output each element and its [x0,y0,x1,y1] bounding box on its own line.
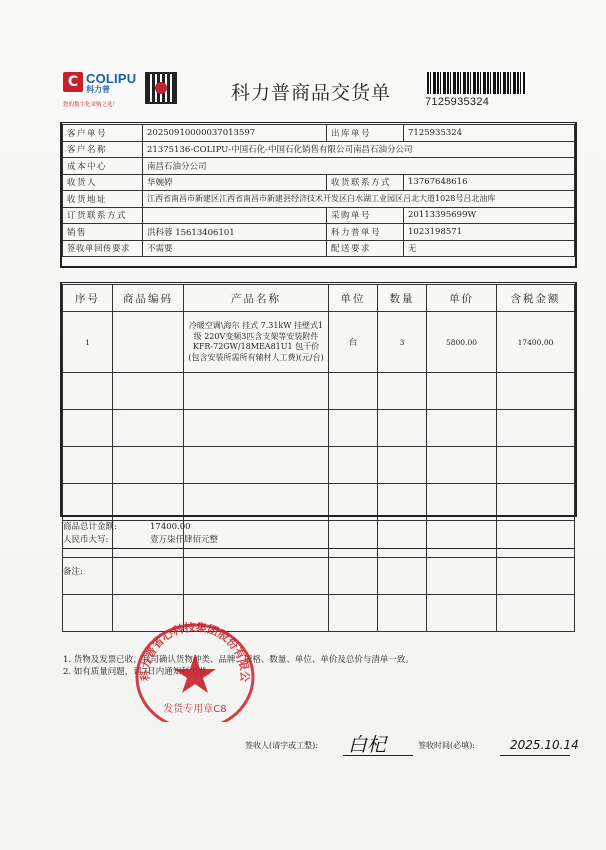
table-row-empty [63,484,575,521]
delivery-note-page: C COLIPU 科力普 您的数字化采购之选！ 科力普商品交货单 7125935… [0,0,606,850]
col-header-qty: 数量 [378,285,427,312]
sales-value: 洪科蓉 15613406101 [143,224,327,241]
info-row: 客户名称 21375136-COLIPU-中国石化-中国石化销售有限公司南昌石油… [63,141,575,158]
item-name: 冷暖空调\海尔 挂式 7.31kW 挂壁式1级 220V变频3匹含支架等安装附件… [184,312,329,373]
purchase-no-label: 采购单号 [327,207,404,224]
empty-cell [113,447,184,484]
receiver-signature-line [343,755,413,756]
order-contact-value [143,207,327,224]
info-row: 收货地址 江西省南昌市新建区江西省南昌市新建县经济技术开发区白水湖工业园区吕北大… [63,191,575,208]
info-row: 成本中心 南昌石油分公司 [63,158,575,175]
empty-cell [184,410,329,447]
receipt-date-line [500,755,570,756]
receiver-label: 签收人(请字或工整): [245,740,318,751]
customer-name-label: 客户名称 [63,141,143,158]
empty-cell [329,521,378,558]
receipt-return-value: 不需要 [143,240,327,257]
empty-cell [378,521,427,558]
item-seq: 1 [63,312,113,373]
logo-slogan: 您的数字化采购之选！ [63,100,118,108]
empty-cell [113,410,184,447]
cost-center-value: 南昌石油分公司 [143,158,575,175]
consignee-value: 华婉婷 [143,174,327,191]
table-row-empty [63,558,575,595]
divider [62,548,575,549]
empty-cell [427,447,497,484]
customer-order-value: 20250910000037013597 [143,125,327,142]
empty-cell [427,558,497,595]
table-row-empty [63,410,575,447]
empty-cell [497,595,575,632]
col-header-seq: 序号 [63,285,113,312]
order-info-table: 客户单号 20250910000037013597 出库单号 712593532… [62,124,575,257]
item-price: 5800.00 [427,312,497,373]
receiver-signature: 白杞 [348,730,386,757]
empty-cell [63,484,113,521]
logo-cn-text: 科力普 [86,84,110,95]
info-row: 收货人 华婉婷 收货联系方式 13767648616 [63,174,575,191]
sales-label: 销售 [63,224,143,241]
empty-cell [378,484,427,521]
empty-cell [329,447,378,484]
empty-cell [329,558,378,595]
empty-cell [63,373,113,410]
consignee-contact-label: 收货联系方式 [327,174,404,191]
address-label: 收货地址 [63,191,143,208]
company-seal-icon: 科力普省心科技集团股份有限公司 发货专用章C8 [124,622,266,722]
stamp-bottom-text: 发货专用章C8 [163,702,226,715]
table-row-empty [63,447,575,484]
qr-center-logo-icon [155,82,167,94]
order-contact-label: 订货联系方式 [63,207,143,224]
document-title: 科力普商品交货单 [231,78,391,105]
empty-cell [427,521,497,558]
info-row: 订货联系方式 采购单号 20113395699W [63,207,575,224]
rmb-label: 人民币大写: [63,534,153,546]
colipu-no-label: 科力普单号 [327,224,404,241]
empty-cell [63,410,113,447]
barcode-number: 7125935324 [425,96,489,108]
consignee-label: 收货人 [63,174,143,191]
outbound-no-value: 7125935324 [404,125,575,142]
receipt-date: 2025.10.14 [510,738,579,752]
item-qty: 3 [378,312,427,373]
table-row-empty [63,373,575,410]
empty-cell [378,410,427,447]
table-row: 1 冷暖空调\海尔 挂式 7.31kW 挂壁式1级 220V变频3匹含支架等安装… [63,312,575,373]
time-label: 签收时间(必填): [418,740,475,751]
empty-cell [329,595,378,632]
items-table: 序号 商品编码 产品名称 单位 数量 单价 含税金额 1 冷暖空调\海尔 挂式 … [62,284,575,632]
empty-cell [378,595,427,632]
empty-cell [113,558,184,595]
col-header-name: 产品名称 [184,285,329,312]
empty-cell [184,484,329,521]
item-code [113,312,184,373]
total-label: 商品总计金额: [63,521,153,533]
empty-cell [427,373,497,410]
col-header-amount: 含税金额 [497,285,575,312]
empty-cell [497,484,575,521]
colipu-no-value: 1023198571 [404,224,575,241]
empty-cell [329,484,378,521]
purchase-no-value: 20113395699W [404,207,575,224]
address-value: 江西省南昌市新建区江西省南昌市新建县经济技术开发区白水湖工业园区吕北大道1028… [143,191,575,208]
info-row: 签收单回传要求 不需要 配送要求 无 [63,240,575,257]
empty-cell [497,373,575,410]
info-row: 客户单号 20250910000037013597 出库单号 712593532… [63,125,575,142]
empty-cell [113,373,184,410]
item-amount: 17400.00 [497,312,575,373]
empty-cell [184,447,329,484]
customer-name-value: 21375136-COLIPU-中国石化-中国石化销售有限公司南昌石油分公司 [143,141,575,158]
colipu-logo-icon: C [63,72,83,92]
total-value: 17400.00 [150,521,191,533]
empty-cell [427,410,497,447]
delivery-req-value: 无 [404,240,575,257]
items-header-row: 序号 商品编码 产品名称 单位 数量 单价 含税金额 [63,285,575,312]
empty-cell [63,447,113,484]
empty-cell [329,373,378,410]
col-header-price: 单价 [427,285,497,312]
empty-cell [184,373,329,410]
empty-cell [497,410,575,447]
receipt-return-label: 签收单回传要求 [63,240,143,257]
col-header-unit: 单位 [329,285,378,312]
remark-label: 备注: [63,565,83,577]
cost-center-label: 成本中心 [63,158,143,175]
empty-cell [378,447,427,484]
customer-order-label: 客户单号 [63,125,143,142]
empty-cell [329,410,378,447]
empty-cell [497,558,575,595]
empty-cell [427,484,497,521]
empty-cell [497,447,575,484]
rmb-value: 壹万柒仟肆佰元整 [150,534,218,546]
consignee-contact-value: 13767648616 [404,174,575,191]
item-unit: 台 [329,312,378,373]
barcode-icon [427,72,525,94]
empty-cell [427,595,497,632]
col-header-code: 商品编码 [113,285,184,312]
empty-cell [378,373,427,410]
empty-cell [184,558,329,595]
empty-cell [113,484,184,521]
outbound-no-label: 出库单号 [327,125,404,142]
empty-cell [497,521,575,558]
info-row: 销售 洪科蓉 15613406101 科力普单号 1023198571 [63,224,575,241]
empty-cell [63,595,113,632]
empty-cell [378,558,427,595]
delivery-req-label: 配送要求 [327,240,404,257]
